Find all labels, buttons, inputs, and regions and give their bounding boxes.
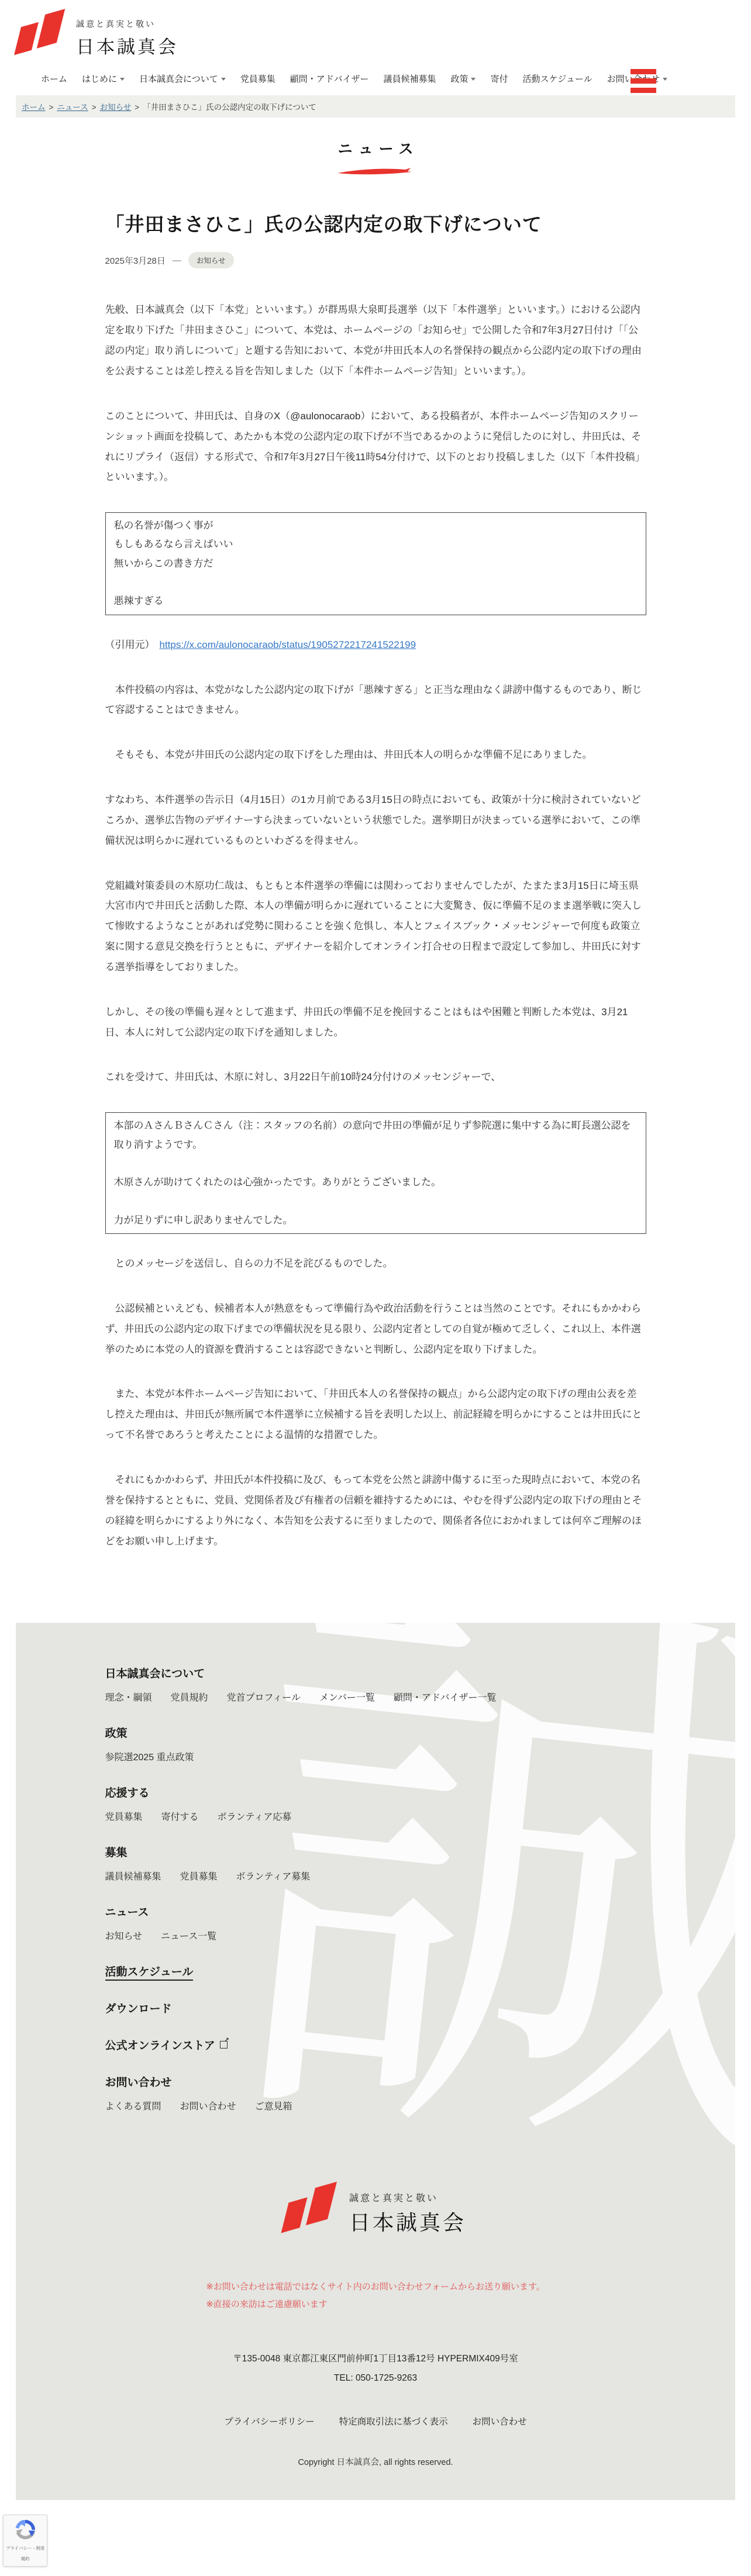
nav-item-はじめに[interactable]: はじめに bbox=[82, 73, 125, 85]
bottom-strip: プライバシー - 利用規約 bbox=[0, 2500, 751, 2576]
footer-link-顧問・アドバイザー一覧[interactable]: 顧問・アドバイザー一覧 bbox=[394, 1690, 497, 1703]
footer-heading-日本誠真会について[interactable]: 日本誠真会について bbox=[105, 1665, 646, 1681]
footer-links-row: お知らせニュース一覧 bbox=[105, 1929, 646, 1942]
article-paragraph: それにもかかわらず、井田氏が本件投稿に及び、もって本党を公然と誹謗中傷するに至っ… bbox=[105, 1470, 646, 1551]
quote-line bbox=[114, 1192, 638, 1211]
footer-heading-label: 政策 bbox=[105, 1727, 128, 1740]
legal-link-プライバシーポリシー[interactable]: プライバシーポリシー bbox=[224, 2415, 314, 2427]
footer-link-党員規約[interactable]: 党員規約 bbox=[171, 1690, 208, 1703]
citation-link[interactable]: https://x.com/aulonocaraob/status/190527… bbox=[160, 639, 416, 650]
article-paragraph: これを受けて、井田氏は、木原に対し、3月22日午前10時24分付けのメッセンジャ… bbox=[105, 1067, 646, 1088]
footer-heading-ダウンロード[interactable]: ダウンロード bbox=[105, 2000, 646, 2016]
nav-item-議員候補募集[interactable]: 議員候補募集 bbox=[383, 73, 436, 85]
footer-heading-label: 活動スケジュール bbox=[105, 1966, 194, 1981]
site-header: 誠意と真実と敬い 日本誠真会 ホームはじめに日本誠真会について党員募集顧問・アド… bbox=[0, 0, 751, 93]
nav-item-党員募集[interactable]: 党員募集 bbox=[240, 73, 275, 85]
hamburger-menu-icon[interactable] bbox=[631, 69, 656, 97]
article-paragraph: 党組織対策委員の木原功仁哉は、もともと本件選挙の準備には関わっておりませんでした… bbox=[105, 876, 646, 978]
news-section: ニュース bbox=[0, 137, 751, 176]
footer-links-row: 議員候補募集党員募集ボランティア募集 bbox=[105, 1869, 646, 1882]
breadcrumb-current: 「井田まさひこ」氏の公認内定の取下げについて bbox=[143, 103, 316, 112]
article-paragraph: 公認候補といえども、候補者本人が熱意をもって準備行為や政治活動を行うことは当然の… bbox=[105, 1299, 646, 1360]
red-brush-underline-icon bbox=[336, 167, 415, 176]
article-body: 先般、日本誠真会（以下「本党」といいます。）が群馬県大泉町長選挙（以下「本件選挙… bbox=[105, 300, 646, 1551]
article-paragraph: しかし、その後の準備も遅々として進まず、井田氏の準備不足を挽回することはもはや困… bbox=[105, 1002, 646, 1043]
article-title: 「井田まさひこ」氏の公認内定の取下げについて bbox=[105, 209, 646, 240]
footer-link-お問い合わせ[interactable]: お問い合わせ bbox=[180, 2099, 236, 2112]
site-logo[interactable]: 誠意と真実と敬い 日本誠真会 bbox=[18, 9, 178, 60]
footer-link-ボランティア応募[interactable]: ボランティア応募 bbox=[218, 1809, 292, 1823]
article-meta: 2025年3月28日 — お知らせ bbox=[105, 252, 646, 268]
article-date: 2025年3月28日 bbox=[105, 254, 166, 267]
chevron-down-icon bbox=[120, 78, 125, 81]
quote-line: 力が足りずに申し訳ありませんでした。 bbox=[114, 1211, 638, 1230]
footer-links-row: 党員募集寄付するボランティア応募 bbox=[105, 1809, 646, 1823]
footer-nav: 日本誠真会について理念・綱領党員規約党首プロフィールメンバー一覧顧問・アドバイザ… bbox=[105, 1665, 646, 2112]
footer-link-ボランティア募集[interactable]: ボランティア募集 bbox=[236, 1869, 311, 1882]
nav-item-活動スケジュール[interactable]: 活動スケジュール bbox=[523, 73, 592, 85]
footer-link-参院選2025 重点政策[interactable]: 参院選2025 重点政策 bbox=[105, 1750, 194, 1763]
footer-legal-links: プライバシーポリシー特定商取引法に基づく表示お問い合わせ bbox=[16, 2415, 735, 2427]
footer-heading-公式オンラインストア[interactable]: 公式オンラインストア bbox=[105, 2037, 646, 2053]
recaptcha-icon bbox=[15, 2520, 35, 2540]
footer-link-党首プロフィール[interactable]: 党首プロフィール bbox=[227, 1690, 301, 1703]
category-badge[interactable]: お知らせ bbox=[188, 252, 234, 268]
citation-source: （引用元）https://x.com/aulonocaraob/status/1… bbox=[105, 635, 646, 656]
quote-line bbox=[114, 1154, 638, 1173]
footer-notes: ※お問い合わせは電話ではなくサイト内のお問い合わせフォームからお送り願います。※… bbox=[16, 2278, 735, 2313]
chevron-down-icon bbox=[221, 78, 226, 81]
quote-line bbox=[114, 573, 638, 592]
article-paragraph: 本件投稿の内容は、本党がなした公認内定の取下げが「悪辣すぎる」と正当な理由なく誹… bbox=[105, 680, 646, 721]
breadcrumb-link-お知らせ[interactable]: お知らせ bbox=[100, 103, 132, 112]
nav-item-顧問・アドバイザー[interactable]: 顧問・アドバイザー bbox=[290, 73, 369, 85]
footer-address: 〒135-0048 東京都江東区門前仲町1丁目13番12号 HYPERMIX40… bbox=[16, 2350, 735, 2388]
quoted-post-box: 私の名誉が傷つく事がもしもあるなら言えばいい無いからこの書き方だ 悪辣すぎる bbox=[105, 512, 646, 615]
footer-heading-お問い合わせ[interactable]: お問い合わせ bbox=[105, 2074, 646, 2089]
brand-name: 日本誠真会 bbox=[349, 2206, 466, 2236]
footer-link-寄付する[interactable]: 寄付する bbox=[161, 1809, 199, 1823]
article-paragraph: 先般、日本誠真会（以下「本党」といいます。）が群馬県大泉町長選挙（以下「本件選挙… bbox=[105, 300, 646, 381]
quote-line: 私の名誉が傷つく事が bbox=[114, 516, 638, 535]
article: 「井田まさひこ」氏の公認内定の取下げについて 2025年3月28日 — お知らせ… bbox=[105, 209, 646, 1617]
footer-note-line: ※お問い合わせは電話ではなくサイト内のお問い合わせフォームからお送り願います。 bbox=[206, 2278, 545, 2296]
quote-line: もしもあるなら言えばいい bbox=[114, 535, 638, 554]
article-paragraph: このことについて、井田氏は、自身のX（@aulonocaraob）において、ある… bbox=[105, 406, 646, 488]
footer-link-よくある質問[interactable]: よくある質問 bbox=[105, 2099, 161, 2112]
footer-links-row: 理念・綱領党員規約党首プロフィールメンバー一覧顧問・アドバイザー一覧 bbox=[105, 1690, 646, 1703]
footer-link-ご意見箱[interactable]: ご意見箱 bbox=[255, 2099, 292, 2112]
footer-heading-募集[interactable]: 募集 bbox=[105, 1844, 646, 1860]
brand-name: 日本誠真会 bbox=[76, 32, 178, 58]
site-footer: 誠 日本誠真会について理念・綱領党員規約党首プロフィールメンバー一覧顧問・アドバ… bbox=[16, 1623, 735, 2500]
brand-tagline: 誠意と真実と敬い bbox=[76, 18, 178, 30]
breadcrumb: ホーム>ニュース>お知らせ>「井田まさひこ」氏の公認内定の取下げについて bbox=[16, 95, 735, 118]
copyright: Copyright 日本誠真会, all rights reserved. bbox=[16, 2456, 735, 2468]
article-paragraph: また、本党が本件ホームページ告知において、「井田氏本人の名誉保持の観点」から公認… bbox=[105, 1384, 646, 1446]
legal-link-お問い合わせ[interactable]: お問い合わせ bbox=[473, 2415, 527, 2427]
quote-line: 木原さんが助けてくれたのは心強かったです。ありがとうございました。 bbox=[114, 1173, 638, 1192]
footer-heading-応援する[interactable]: 応援する bbox=[105, 1784, 646, 1800]
footer-heading-label: ニュース bbox=[105, 1906, 149, 1919]
external-link-icon bbox=[220, 2041, 228, 2049]
footer-heading-政策[interactable]: 政策 bbox=[105, 1725, 646, 1740]
footer-link-党員募集[interactable]: 党員募集 bbox=[180, 1869, 218, 1882]
article-paragraph: すなわち、本件選挙の告示日（4月15日）の1カ月前である3月15日の時点において… bbox=[105, 790, 646, 851]
recaptcha-label: プライバシー - 利用規約 bbox=[6, 2546, 44, 2561]
news-section-heading: ニュース bbox=[332, 137, 419, 158]
footer-heading-label: 公式オンラインストア bbox=[105, 2040, 215, 2052]
brand-logo-mark-icon bbox=[285, 2182, 337, 2237]
article-paragraph: とのメッセージを送信し、自らの力不足を詫びるものでした。 bbox=[105, 1254, 646, 1274]
chevron-down-icon bbox=[663, 78, 667, 81]
footer-note-line: ※直接の来訪はご遠慮願います bbox=[206, 2296, 545, 2313]
chevron-down-icon bbox=[471, 78, 476, 81]
nav-item-寄付[interactable]: 寄付 bbox=[490, 73, 508, 85]
quote-line: 無いからこの書き方だ bbox=[114, 554, 638, 573]
breadcrumb-separator: > bbox=[49, 103, 54, 112]
breadcrumb-link-ニュース[interactable]: ニュース bbox=[57, 103, 88, 112]
breadcrumb-separator: > bbox=[92, 103, 97, 112]
footer-links-row: よくある質問お問い合わせご意見箱 bbox=[105, 2099, 646, 2112]
footer-heading-ニュース[interactable]: ニュース bbox=[105, 1903, 646, 1919]
brand-logo-mark-icon bbox=[18, 9, 66, 60]
recaptcha-badge[interactable]: プライバシー - 利用規約 bbox=[3, 2515, 47, 2567]
legal-link-特定商取引法に基づく表示[interactable]: 特定商取引法に基づく表示 bbox=[339, 2415, 448, 2427]
quoted-post-box: 本部のＡさんＢさんＣさん（注：スタッフの名前）の意向で井田の準備が足りず参院選に… bbox=[105, 1112, 646, 1234]
footer-link-理念・綱領[interactable]: 理念・綱領 bbox=[105, 1690, 152, 1703]
nav-item-政策[interactable]: 政策 bbox=[450, 73, 476, 85]
breadcrumb-link-ホーム[interactable]: ホーム bbox=[22, 103, 46, 112]
footer-logo[interactable]: 誠意と真実と敬い 日本誠真会 bbox=[16, 2182, 735, 2237]
quote-line: 本部のＡさんＢさんＣさん（注：スタッフの名前）の意向で井田の準備が足りず参院選に… bbox=[114, 1116, 638, 1154]
footer-link-メンバー一覧[interactable]: メンバー一覧 bbox=[319, 1690, 375, 1703]
footer-heading-label: 募集 bbox=[105, 1847, 128, 1859]
footer-link-ニュース一覧[interactable]: ニュース一覧 bbox=[161, 1929, 216, 1942]
phone-number: TEL: 050-1725-9263 bbox=[16, 2369, 735, 2388]
footer-heading-label: 日本誠真会について bbox=[105, 1668, 205, 1680]
footer-heading-label: ダウンロード bbox=[105, 2003, 172, 2015]
postal-address: 〒135-0048 東京都江東区門前仲町1丁目13番12号 HYPERMIX40… bbox=[16, 2350, 735, 2369]
footer-links-row: 参院選2025 重点政策 bbox=[105, 1750, 646, 1763]
footer-link-議員候補募集[interactable]: 議員候補募集 bbox=[105, 1869, 161, 1882]
brand-tagline: 誠意と真実と敬い bbox=[349, 2191, 466, 2204]
footer-link-党員募集[interactable]: 党員募集 bbox=[105, 1809, 143, 1823]
breadcrumb-separator: > bbox=[135, 103, 139, 112]
footer-notes-text: ※お問い合わせは電話ではなくサイト内のお問い合わせフォームからお送り願います。※… bbox=[206, 2278, 545, 2313]
article-paragraph: そもそも、本党が井田氏の公認内定の取下げをした理由は、井田氏本人の明らかな準備不… bbox=[105, 745, 646, 765]
quote-line: 悪辣すぎる bbox=[114, 592, 638, 611]
footer-heading-label: お問い合わせ bbox=[105, 2077, 172, 2089]
date-separator: — bbox=[173, 256, 181, 265]
footer-heading-活動スケジュール[interactable]: 活動スケジュール bbox=[105, 1963, 646, 1979]
nav-item-ホーム[interactable]: ホーム bbox=[41, 73, 67, 85]
citation-prefix: （引用元） bbox=[105, 639, 155, 650]
nav-item-日本誠真会について[interactable]: 日本誠真会について bbox=[139, 73, 226, 85]
footer-link-お知らせ[interactable]: お知らせ bbox=[105, 1929, 143, 1942]
footer-heading-label: 応援する bbox=[105, 1787, 150, 1799]
